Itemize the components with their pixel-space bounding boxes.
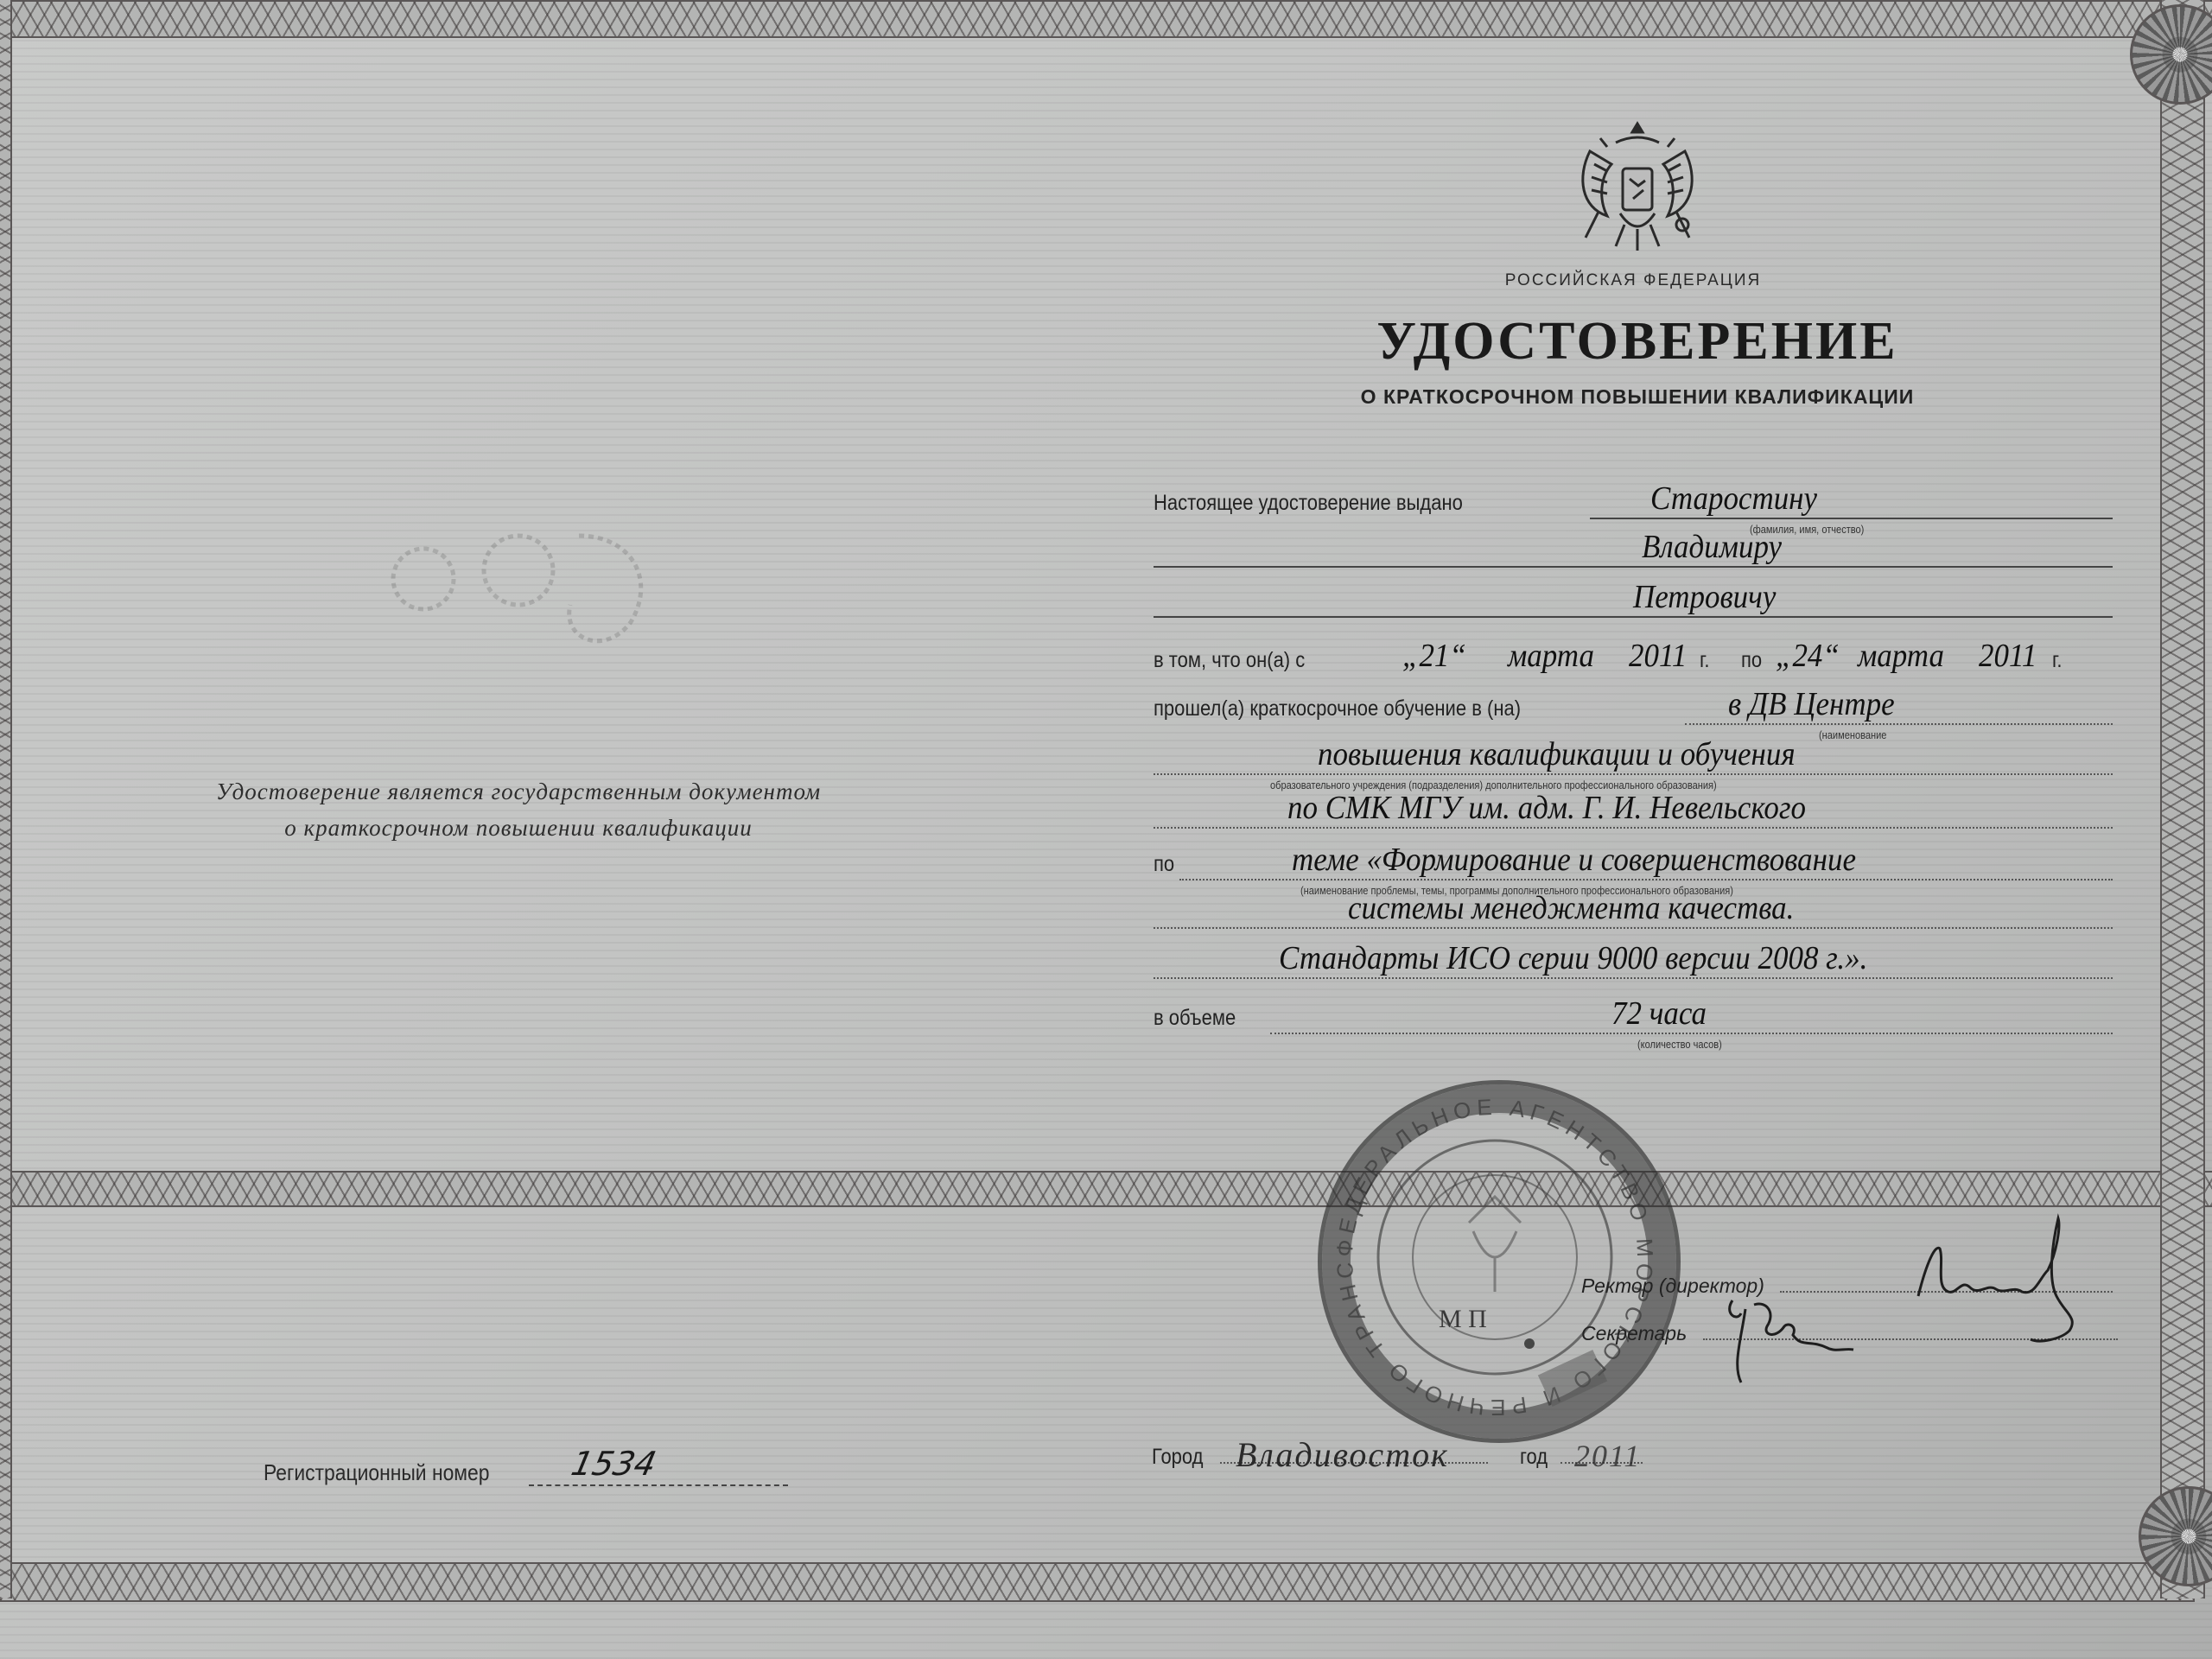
from-day: „21“ <box>1402 637 1466 675</box>
topic-line-1 <box>1179 879 2113 880</box>
watermark-emblem-icon <box>372 484 683 674</box>
institution-row-3: по СМК МГУ им. адм. Г. И. Невельского <box>1154 779 2113 832</box>
year-value: 2011 <box>1574 1438 1641 1474</box>
middle-fold-border <box>0 1171 2212 1207</box>
rector-signature-icon <box>1910 1210 2100 1348</box>
seal-outer-text: ФЕДЕРАЛЬНОЕ АГЕНТСТВО МОРСКОГО И РЕЧНОГО… <box>1322 1084 1658 1421</box>
document-subtitle: О КРАТКОСРОЧНОМ ПОВЫШЕНИИ КВАЛИФИКАЦИИ <box>1279 385 1996 409</box>
year-label: год <box>1520 1445 1548 1470</box>
official-seal-stamp: ФЕДЕРАЛЬНОЕ АГЕНТСТВО МОРСКОГО И РЕЧНОГО… <box>1318 1080 1681 1443</box>
institution-row-1: прошел(а) краткосрочное обучение в (на) … <box>1154 680 2113 728</box>
certificate-form: Настоящее удостоверение выдано Старостин… <box>1154 480 2113 1038</box>
to-label: по <box>1741 648 1762 673</box>
top-border <box>0 0 2212 38</box>
to-month: марта <box>1858 637 1944 675</box>
bottom-border <box>0 1562 2195 1602</box>
seal-ring-icon: ФЕДЕРАЛЬНОЕ АГЕНТСТВО МОРСКОГО И РЕЧНОГО… <box>1322 1084 1668 1430</box>
institution-name-1: в ДВ Центре <box>1728 685 1895 723</box>
country-header: РОССИЙСКАЯ ФЕДЕРАЦИЯ <box>1486 271 1780 290</box>
topic-text-2: системы менеджмента качества. <box>1348 889 1794 927</box>
recipient-surname-row: Настоящее удостоверение выдано Старостин… <box>1154 480 2113 523</box>
to-year: 2011 <box>1979 637 2037 675</box>
institution-line-2 <box>1154 773 2113 775</box>
training-label: прошел(а) краткосрочное обучение в (на) <box>1154 696 1521 721</box>
topic-line-2 <box>1154 927 2113 929</box>
volume-line <box>1270 1033 2113 1034</box>
recipient-patronymic-row: Петровичу <box>1154 571 2113 621</box>
topic-text-1: теме «Формирование и совершенствование <box>1292 841 1856 879</box>
registration-number-field: Регистрационный номер 1534 <box>264 1459 788 1486</box>
period-prefix: в том, что он(а) с <box>1154 648 1305 673</box>
volume-value: 72 часа <box>1611 995 1707 1033</box>
topic-row-3: Стандарты ИСО серии 9000 версии 2008 г.»… <box>1154 932 2113 982</box>
institution-name-3: по СМК МГУ им. адм. Г. И. Невельского <box>1287 789 1806 827</box>
topic-row-2: системы менеджмента качества. <box>1154 884 2113 932</box>
stamp-place-mark: М П <box>1439 1305 1487 1334</box>
firstname-line <box>1154 566 2113 568</box>
volume-row: в объеме 72 часа (количество часов) <box>1154 982 2113 1038</box>
to-year-suffix: г. <box>2052 648 2062 673</box>
recipient-patronymic: Петровичу <box>1633 578 1776 616</box>
recipient-firstname-row: Владимиру <box>1154 523 2113 571</box>
registration-line: 1534 <box>529 1459 788 1486</box>
to-day: „24“ <box>1776 637 1840 675</box>
registration-label: Регистрационный номер <box>264 1459 489 1486</box>
topic-text-3: Стандарты ИСО серии 9000 версии 2008 г.»… <box>1279 939 1867 977</box>
topic-line-3 <box>1154 977 2113 979</box>
secretary-label: Секретарь <box>1581 1322 1687 1344</box>
russian-coat-of-arms-icon <box>1573 117 1702 259</box>
institution-line-1 <box>1685 723 2113 725</box>
svg-text:ФЕДЕРАЛЬНОЕ АГЕНТСТВО МОРСКОГО: ФЕДЕРАЛЬНОЕ АГЕНТСТВО МОРСКОГО И РЕЧНОГО… <box>1322 1084 1658 1421</box>
document-title: УДОСТОВЕРЕНИЕ <box>1279 311 1996 372</box>
institution-row-2: повышения квалификации и обучения образо… <box>1154 728 2113 779</box>
period-row: в том, что он(а) с „21“ марта 2011 г. по… <box>1154 621 2113 680</box>
recipient-surname: Старостину <box>1650 480 1817 518</box>
from-year: 2011 <box>1629 637 1687 675</box>
volume-hint: (количество часов) <box>1637 1038 1722 1051</box>
note-line-1: Удостоверение является государственным д… <box>130 773 907 810</box>
from-month: марта <box>1508 637 1594 675</box>
note-line-2: о краткосрочном повышении квалификации <box>130 810 907 846</box>
recipient-first-name: Владимиру <box>1642 528 1782 566</box>
right-border <box>2160 0 2205 1599</box>
registration-number: 1534 <box>568 1445 659 1483</box>
left-border-edge <box>0 0 12 1599</box>
from-year-suffix: г. <box>1700 648 1709 673</box>
city-value: Владивосток <box>1236 1434 1449 1475</box>
patronymic-line <box>1154 616 2113 618</box>
state-document-note: Удостоверение является государственным д… <box>130 773 907 846</box>
institution-name-2: повышения квалификации и обучения <box>1318 735 1796 773</box>
issued-label: Настоящее удостоверение выдано <box>1154 491 1463 516</box>
topic-label: по <box>1154 852 1174 877</box>
secretary-signature-icon <box>1715 1287 1862 1391</box>
topic-row-1: по теме «Формирование и совершенствовани… <box>1154 832 2113 884</box>
city-label: Город <box>1152 1445 1204 1470</box>
surname-line <box>1590 518 2113 519</box>
institution-line-3 <box>1154 827 2113 829</box>
volume-label: в объеме <box>1154 1006 1236 1031</box>
